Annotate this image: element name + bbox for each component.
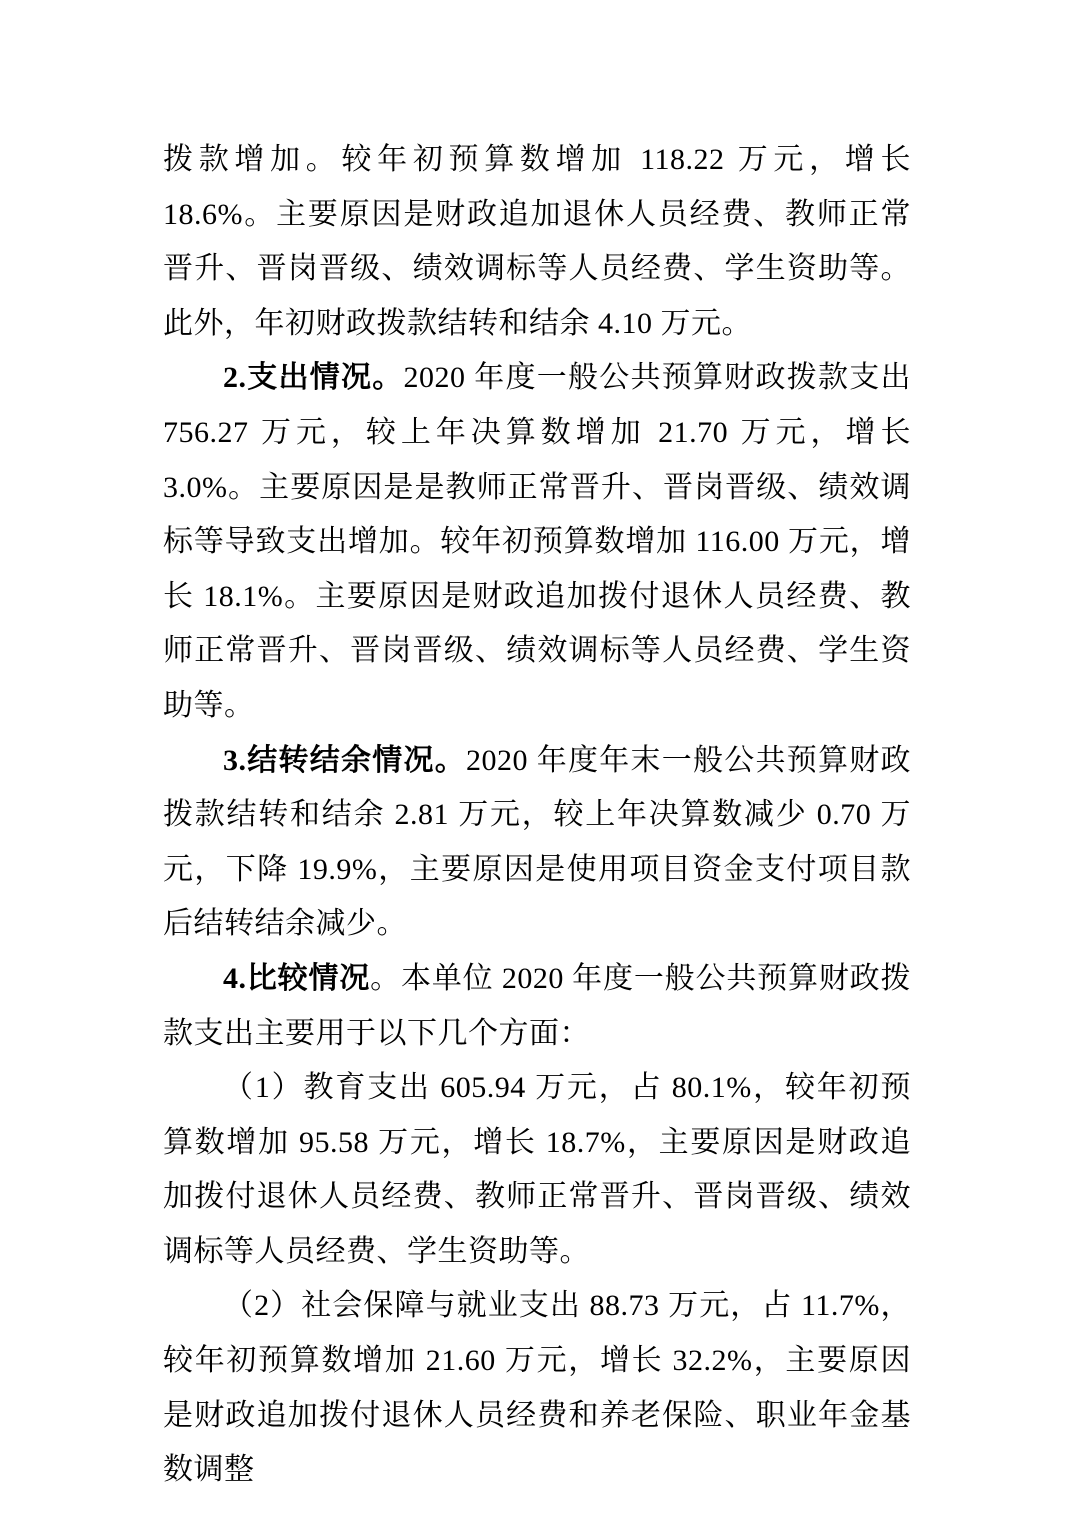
- paragraph: 拨款增加。较年初预算数增加 118.22 万元，增长 18.6%。主要原因是财政…: [163, 133, 911, 351]
- paragraph: （1）教育支出 605.94 万元，占 80.1%，较年初预算数增加 95.58…: [163, 1061, 911, 1279]
- document-content: 拨款增加。较年初预算数增加 118.22 万元，增长 18.6%。主要原因是财政…: [163, 133, 911, 1498]
- paragraph-run: 拨款增加。较年初预算数增加 118.22 万元，增长 18.6%。主要原因是财政…: [163, 143, 911, 340]
- paragraph-run: （2）社会保障与就业支出 88.73 万元，占 11.7%，较年初预算数增加 2…: [163, 1289, 911, 1486]
- paragraph: 3.结转结余情况。2020 年度年末一般公共预算财政拨款结转和结余 2.81 万…: [163, 734, 911, 952]
- paragraph: （2）社会保障与就业支出 88.73 万元，占 11.7%，较年初预算数增加 2…: [163, 1279, 911, 1497]
- paragraph-lead-bold: 2.支出情况。: [223, 361, 404, 394]
- paragraph-run: 2020 年度一般公共预算财政拨款支出 756.27 万元，较上年决算数增加 2…: [163, 361, 911, 722]
- paragraph-lead-bold: 4.比较情况: [223, 962, 370, 995]
- paragraph-lead-bold: 3.结转结余情况。: [223, 744, 466, 777]
- paragraph: 4.比较情况。本单位 2020 年度一般公共预算财政拨款支出主要用于以下几个方面…: [163, 952, 911, 1061]
- paragraph-run: （1）教育支出 605.94 万元，占 80.1%，较年初预算数增加 95.58…: [163, 1071, 911, 1268]
- document-page: 拨款增加。较年初预算数增加 118.22 万元，增长 18.6%。主要原因是财政…: [0, 0, 1074, 1520]
- paragraph: 2.支出情况。2020 年度一般公共预算财政拨款支出 756.27 万元，较上年…: [163, 351, 911, 733]
